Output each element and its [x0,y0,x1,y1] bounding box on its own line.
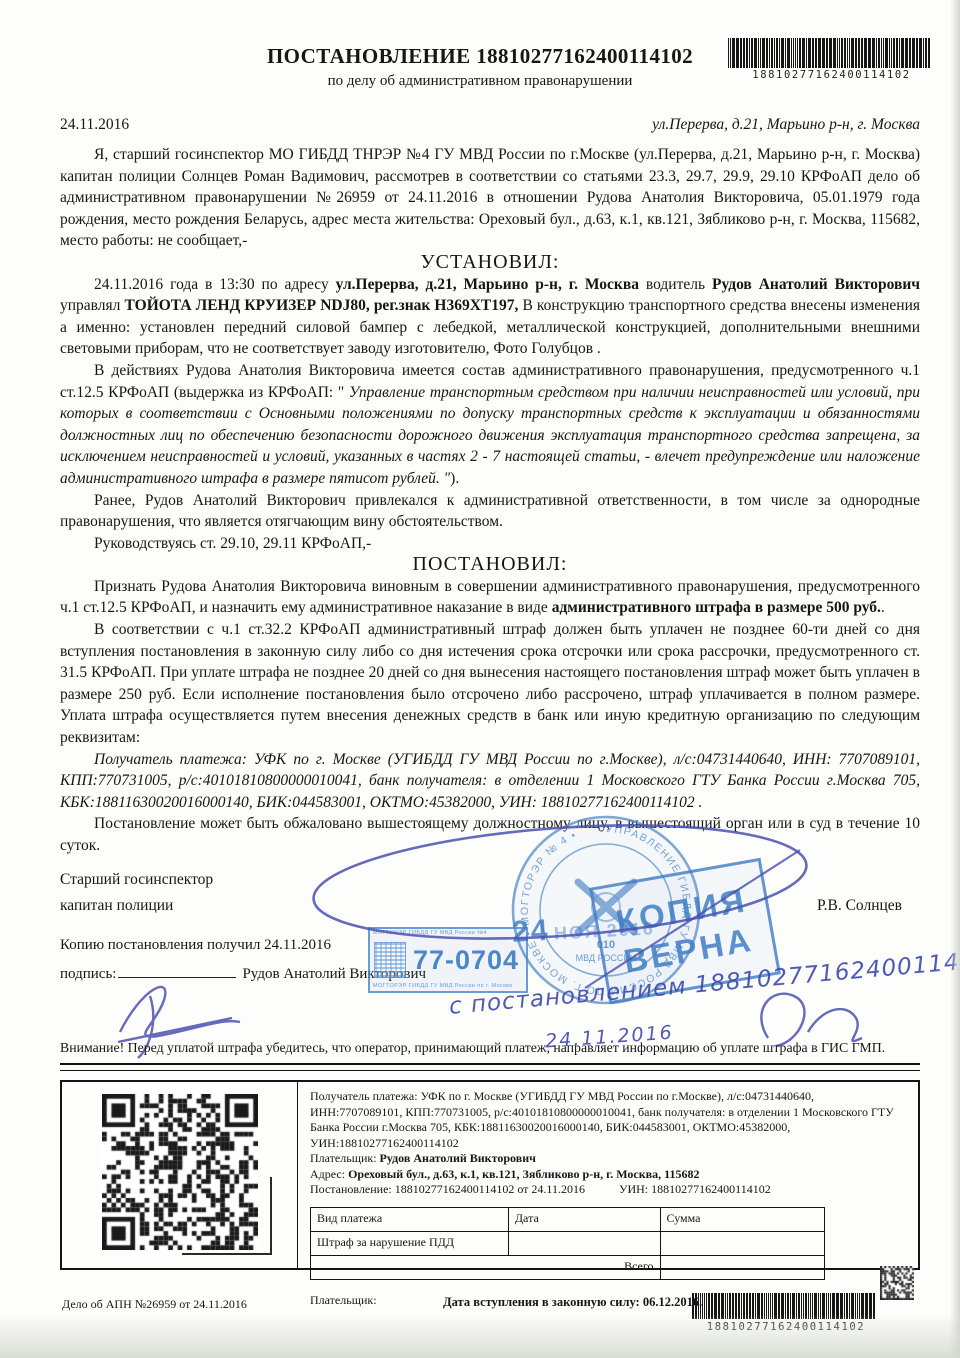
officer-rank-line2: капитан полиции [60,893,173,919]
col-sum: Сумма [660,1207,825,1231]
paragraph-priors: Ранее, Рудов Анатолий Викторович привлек… [60,490,920,533]
date-stamp-day: 24 [511,914,550,949]
cell-sum [660,1231,825,1255]
text-run: . [881,599,885,616]
paragraph-requisites: Получатель платежа: УФК по г. Москве (УГ… [60,749,920,814]
scan-edge-bottom [0,1314,960,1358]
paragraph-payment-terms: В соответствии с ч.1 ст.32.2 КРФоАП адми… [60,619,920,749]
attention-note: Внимание! Перед уплатой штрафа убедитесь… [60,1040,920,1056]
slip-resolution-line: Постановление: 18810277162400114102 от 2… [310,1182,906,1198]
text-run: управлял [60,297,125,314]
signature-line [118,965,236,978]
section-divider [60,1063,920,1071]
signature-label: подпись: [60,966,116,982]
paragraph-article: В действиях Рудова Анатолия Викторовича … [60,360,920,490]
crop-mark [182,1177,272,1255]
table-row: Штраф за нарушение ПДД [311,1231,825,1255]
text-run-bold: Рудов Анатолий Викторович [712,276,920,293]
text-run: ). [450,470,459,487]
col-payment-type: Вид платежа [311,1207,509,1231]
payment-section: Внимание! Перед уплатой штрафа убедитесь… [60,1040,920,1270]
text-run: водитель [639,276,712,293]
scan-edge-right [950,0,960,1358]
slip-payer-sign-label: Плательщик: [310,1293,377,1309]
cell-payment-type: Штраф за нарушение ПДД [311,1231,509,1255]
officer-name: Р.В. Солнцев [817,893,902,919]
text-run-bold: административного штрафа в размере 500 р… [552,599,881,616]
slip-payer-line: Плательщик: Рудов Анатолий Викторович [310,1151,906,1167]
date-address-row: 24.11.2016 ул.Перерва, д.21, Марьино р-н… [60,116,920,134]
paragraph-intro: Я, старший госинспектор МО ГИБДД ТНРЭР №… [60,144,920,252]
table-total-row: Всего [311,1255,825,1279]
datamatrix-code [880,1266,914,1300]
issuing-address: ул.Перерва, д.21, Марьино р-н, г. Москва [652,116,920,134]
address-label: Адрес: [310,1167,345,1181]
top-barcode-block: 18810277162400114102 [728,38,935,81]
document-date: 24.11.2016 [60,116,129,134]
table-header-row: Вид платежа Дата Сумма [311,1207,825,1231]
heading-postanovil: ПОСТАНОВИЛ: [60,554,920,576]
total-value [660,1255,825,1279]
footer-case-number: Дело об АПН №26959 от 24.11.2016 [62,1297,247,1312]
cell-date [508,1231,660,1255]
unit-number-stamp: МОГТОРЭР ГИБДД ГУ МВД России №4 77-0704 … [368,927,528,993]
payment-table: Вид платежа Дата Сумма Штраф за нарушени… [310,1207,825,1280]
officer-rank-line1: Старший госинспектор [60,867,920,893]
paragraph-decision: Признать Рудова Анатолия Викторовича вин… [60,576,920,619]
paragraph-violation: 24.11.2016 года в 13:30 по адресу ул.Пер… [60,274,920,360]
resolution-value: 18810277162400114102 от 24.11.2016 [395,1182,585,1196]
document-page: 18810277162400114102 ПОСТАНОВЛЕНИЕ 18810… [0,0,960,1358]
text-run: 24.11.2016 года в 13:30 по адресу [94,276,336,293]
slip-recipient-block: Получатель платежа: УФК по г. Москве (УГ… [310,1089,906,1151]
slip-qr-cell [62,1082,298,1268]
uin-label: УИН: [619,1182,648,1196]
payment-slip: Получатель платежа: УФК по г. Москве (УГ… [60,1080,920,1270]
text-run-bold: ул.Перерва, д.21, Марьино р-н, г. Москва [336,276,639,293]
payer-name: Рудов Анатолий Викторович [380,1151,536,1165]
uin-value: 18810277162400114102 [651,1182,771,1196]
paragraph-guided-by: Руководствуясь ст. 29.10, 29.11 КРФоАП,- [60,533,920,555]
address-value: Ореховый бул., д.63, к.1, кв.121, Зяблик… [348,1167,699,1181]
footer-effective-date: Дата вступления в законную силу: 06.12.2… [443,1295,702,1310]
slip-address-line: Адрес: Ореховый бул., д.63, к.1, кв.121,… [310,1167,906,1183]
barcode-icon [728,38,935,68]
handwritten-signature-scribble [761,994,862,1046]
barcode-number: 18810277162400114102 [728,69,935,81]
text-run-bold: ТОЙОТА ЛЕНД КРУИЗЕР NDJ80, рег.знак Н369… [125,297,519,314]
unit-stamp-header: МОГТОРЭР ГИБДД ГУ МВД России №4 [370,929,526,938]
unit-stamp-emblem-icon [374,942,406,978]
paragraph-appeal: Постановление может быть обжаловано выше… [60,813,920,856]
date-stamp-month-year: НОЯ 2016 [554,918,656,943]
col-date: Дата [508,1207,660,1231]
officer-signature-block: Старший госинспектор капитан полиции Р.В… [60,867,920,919]
slip-details-cell: Получатель платежа: УФК по г. Москве (УГ… [298,1082,918,1268]
resolution-label: Постановление: [310,1182,392,1196]
payer-label: Плательщик: [310,1151,377,1165]
heading-ustanovil: УСТАНОВИЛ: [60,252,920,274]
document-body: Я, старший госинспектор МО ГИБДД ТНРЭР №… [60,144,920,986]
total-label: Всего [311,1255,661,1279]
